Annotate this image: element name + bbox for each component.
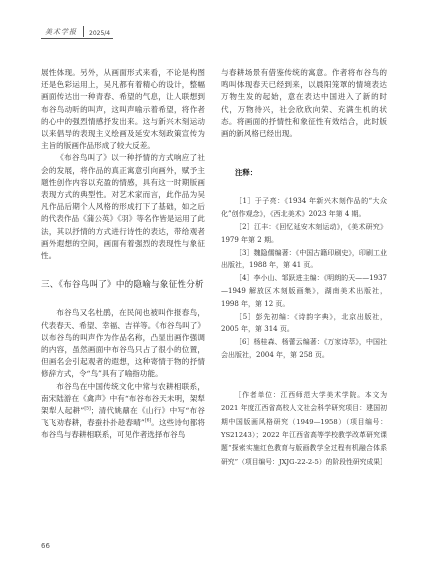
note-item: ［1］于子亮：《1934 年新兴木刻作品的“大众化”创作观念》，《西北美术》20… [221, 195, 387, 221]
journal-title: 美术学报 [41, 27, 81, 37]
note-item: ［6］杨桂森、杨蕾云编著：《万家诗萃》，中国社会出版社，2004 年，第 258… [221, 336, 387, 362]
body-paragraph: 《布谷鸟叫了》以一种抒情的方式响应了社会的发展，将作品的真正寓意引向画外，赋予主… [41, 152, 205, 262]
body-paragraph-with-citations: 布谷鸟在中国传统文化中常与农耕相联系，南宋陆游在《禽声》中有“布谷布谷天未明，架… [41, 381, 205, 442]
right-column: 与春耕场景有借鉴传统的寓意。作者将布谷鸟的鸣叫体现春天已经到来，以晨阳笼罩的情境… [221, 67, 387, 476]
note-item: ［4］李小山、邹跃进主编：《明朗的天——1937—1949 解放区木刻版画集》，… [221, 272, 387, 310]
running-header: 美术学报 2025/4 [41, 28, 113, 39]
body-paragraph: 展性体现。另外，从画面形式来看，不论是构图还是色彩运用上，吴凡都有着精心的设计，… [41, 67, 205, 152]
note-item: ［3］魏隐儒编著：《中国古籍印刷史》，印刷工业出版社，1988 年，第 41 页… [221, 247, 387, 273]
body-paragraph: 与春耕场景有借鉴传统的寓意。作者将布谷鸟的鸣叫体现春天已经到来，以晨阳笼罩的情境… [221, 67, 387, 140]
notes-title: 注释： [235, 167, 387, 179]
author-affiliation-funding: ［作者单位：江西师范大学美术学院。本文为 2021 年度江西省高校人文社会科学研… [221, 389, 387, 469]
notes-list: ［1］于子亮：《1934 年新兴木刻作品的“大众化”创作观念》，《西北美术》20… [221, 195, 387, 361]
page-number: 66 [41, 542, 50, 550]
body-paragraph: 布谷鸟又名杜鹃，在民间也被叫作报春鸟，代表春天、希望、幸福、吉祥等。《布谷鸟叫了… [41, 307, 205, 380]
header-divider [83, 26, 84, 37]
note-item: ［5］彭先初编：《诗韵字典》，北京出版社，2005 年，第 314 页。 [221, 311, 387, 337]
section-heading: 三、《布谷鸟叫了》中的隐喻与象征性分析 [41, 279, 205, 291]
issue-number: 2025/4 [86, 30, 113, 37]
left-column: 展性体现。另外，从画面形式来看，不论是构图还是色彩运用上，吴凡都有着精心的设计，… [41, 67, 205, 442]
note-item: ［2］江丰：《回忆延安木刻运动》，《美术研究》1979 年第 2 期。 [221, 221, 387, 247]
